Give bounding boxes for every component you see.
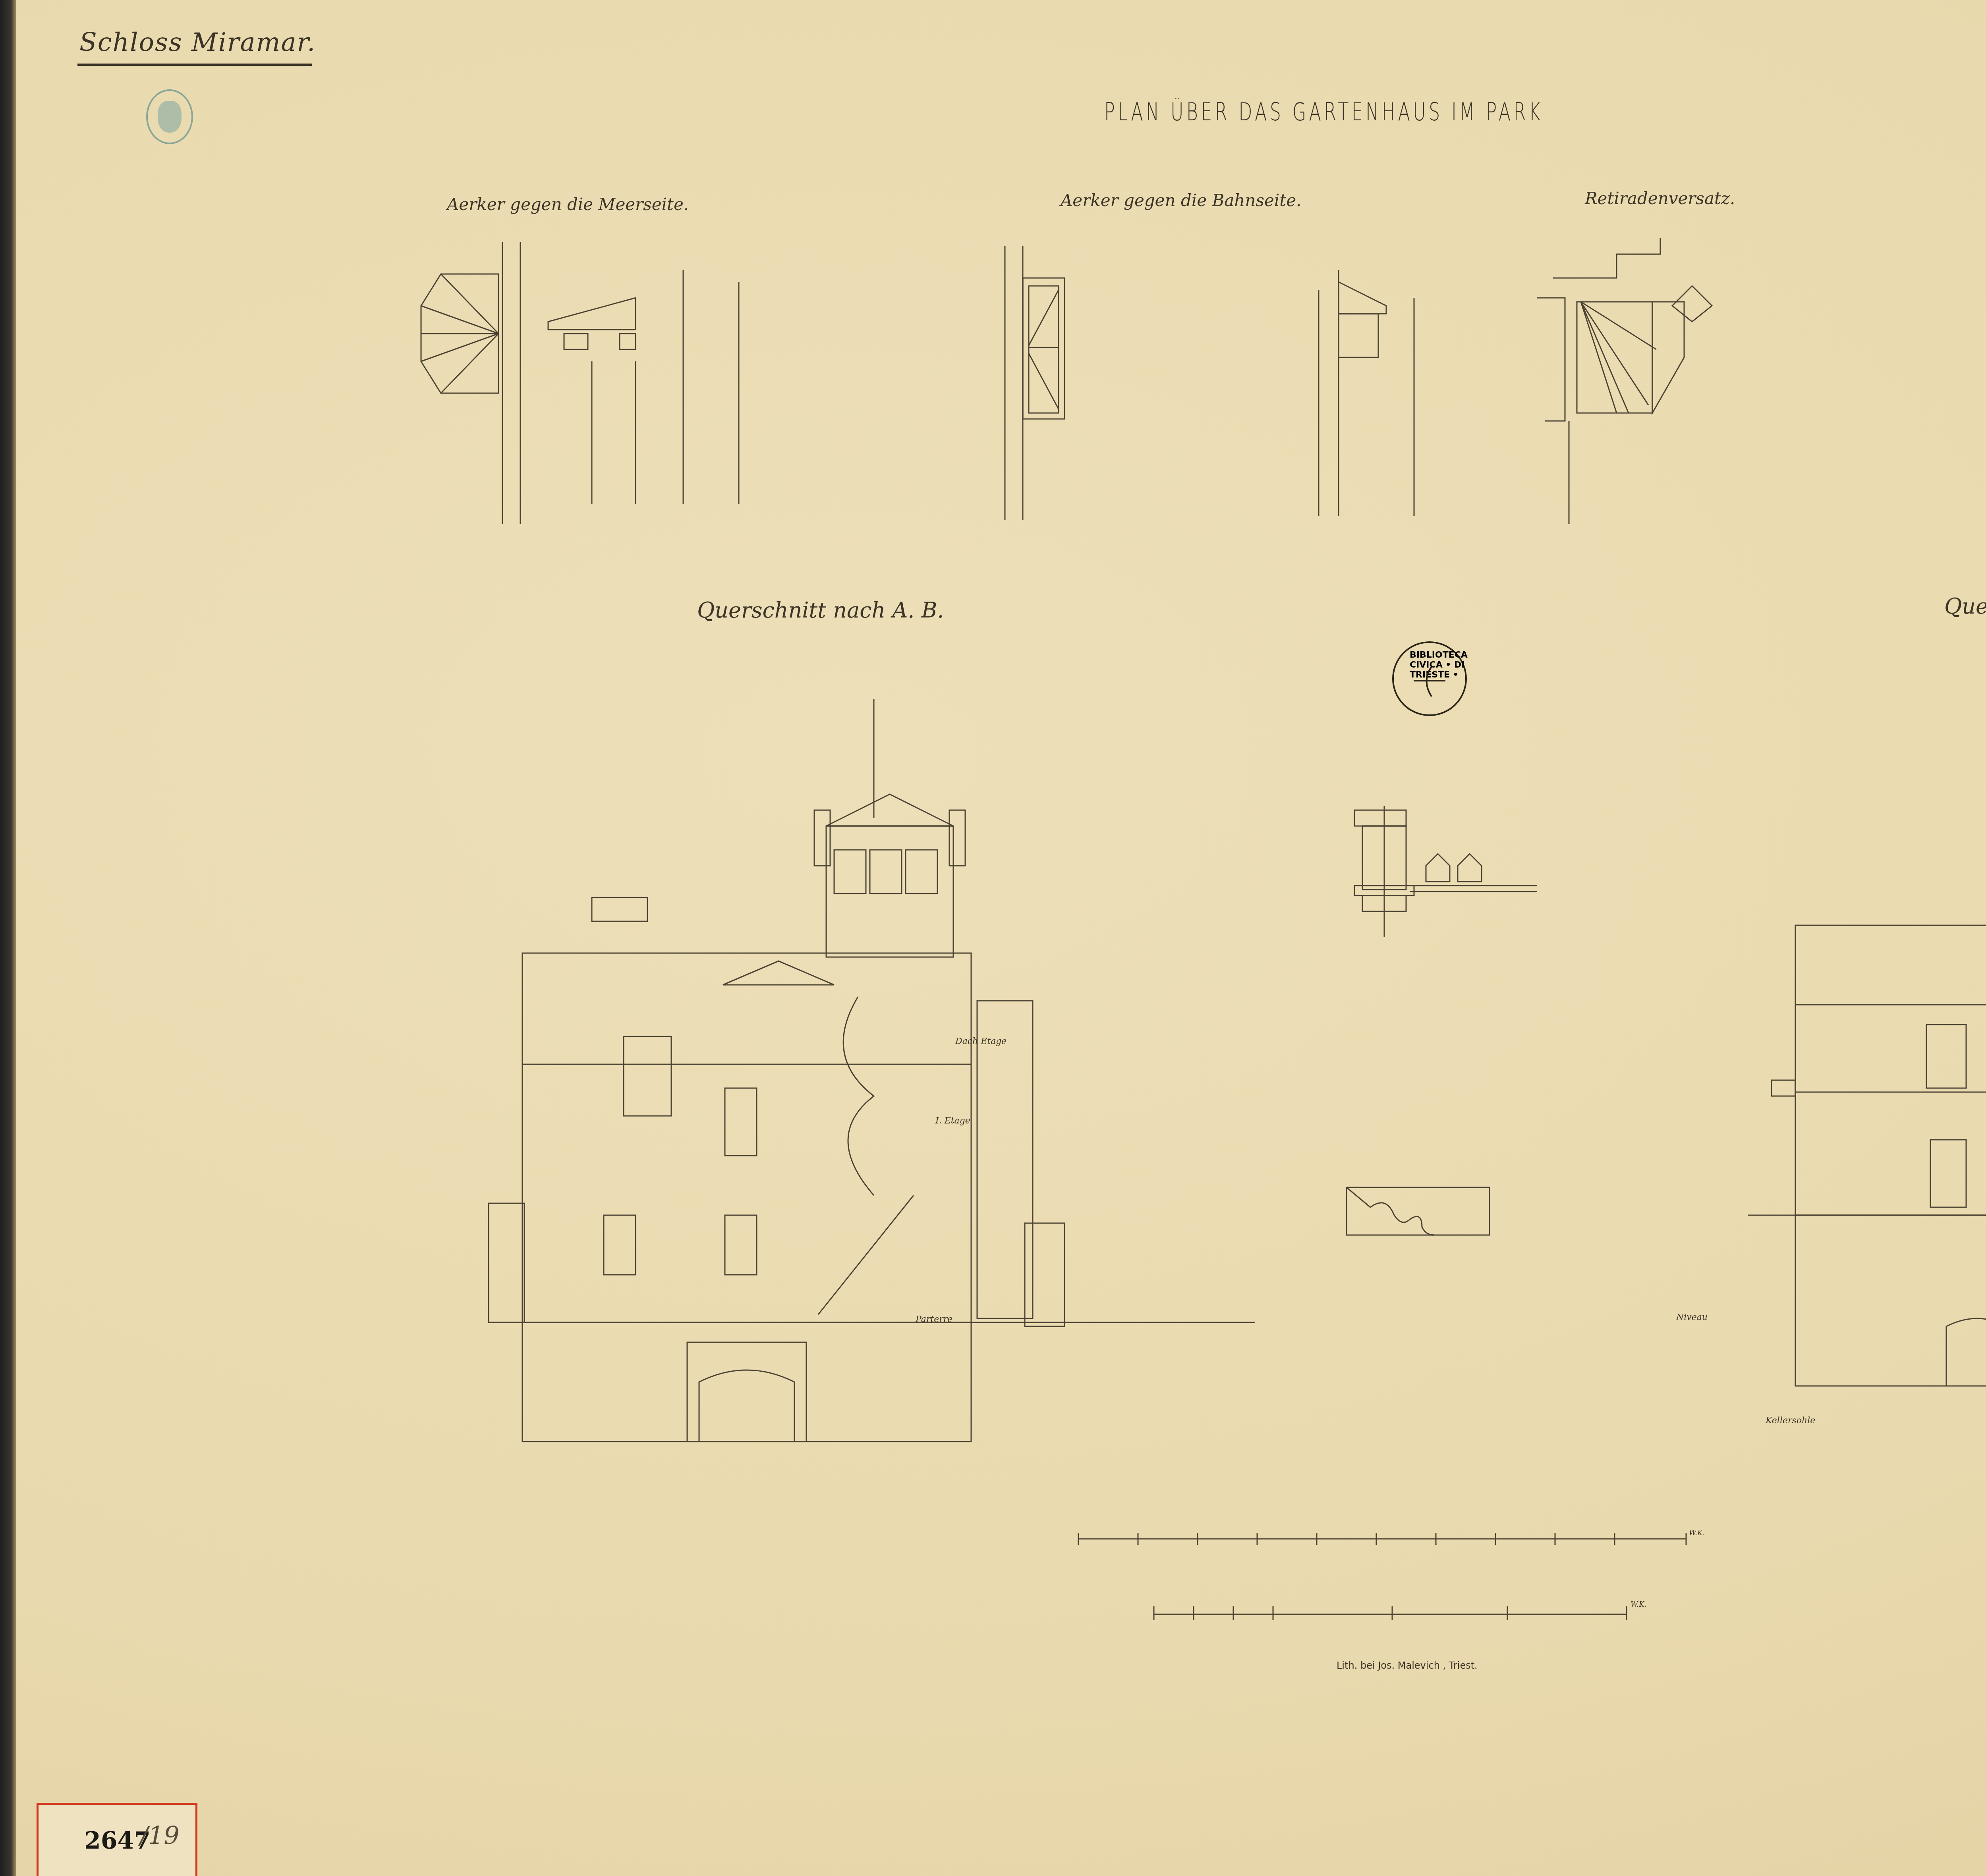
erker-bahnseite-drawing: [993, 238, 1470, 524]
label-dach-etage: Dach Etage: [955, 1036, 1007, 1046]
cross-section-cd: [1748, 683, 1986, 1446]
erker-meerseite-drawing: [413, 242, 890, 532]
scale-bar-lower: [1154, 1604, 1631, 1620]
plan-title: PLAN ÜBER DAS GARTENHAUS IM PARK: [1104, 97, 1543, 126]
header-location: Schloss Miramar.: [79, 28, 316, 57]
chimney-detail-drawing: [1331, 806, 1553, 1283]
label-niveau: Niveau: [1676, 1312, 1708, 1322]
label-erker-meerseite: Aerker gegen die Meerseite.: [447, 195, 689, 214]
eagle-icon: [158, 101, 182, 133]
label-retiradenversatz: Retiradenversatz.: [1585, 189, 1735, 208]
binding-strip: [0, 0, 16, 1876]
header-underline: [77, 64, 312, 66]
label-erker-bahnseite: Aerker gegen die Bahnseite.: [1061, 191, 1301, 210]
label-parterre: Parterre: [916, 1314, 952, 1324]
inventory-subnumber: /19: [140, 1821, 180, 1850]
scale-upper-unit: W.K.: [1689, 1529, 1705, 1537]
inventory-label: 2647 /19: [37, 1803, 197, 1876]
scale-bar-upper: [1078, 1529, 1690, 1545]
cross-section-ab: [477, 699, 1255, 1446]
anchor-icon: [1410, 663, 1449, 699]
retiradenversatz-drawing: [1537, 238, 1863, 540]
scale-lower-unit: W.K.: [1631, 1600, 1646, 1609]
lithographer-credit: Lith. bei Jos. Malevich , Triest.: [1337, 1660, 1478, 1671]
label-section-cd: Querschnitt nach C. D.: [1944, 594, 1986, 619]
label-i-etage: I. Etage: [935, 1116, 970, 1126]
label-kellersohle: Kellersohle: [1766, 1416, 1815, 1426]
eagle-seal-icon: [146, 89, 193, 144]
library-stamp-icon: BIBLIOTECA CIVICA • DI TRIESTE •: [1392, 641, 1467, 716]
label-section-ab: Querschnitt nach A. B.: [697, 598, 944, 623]
